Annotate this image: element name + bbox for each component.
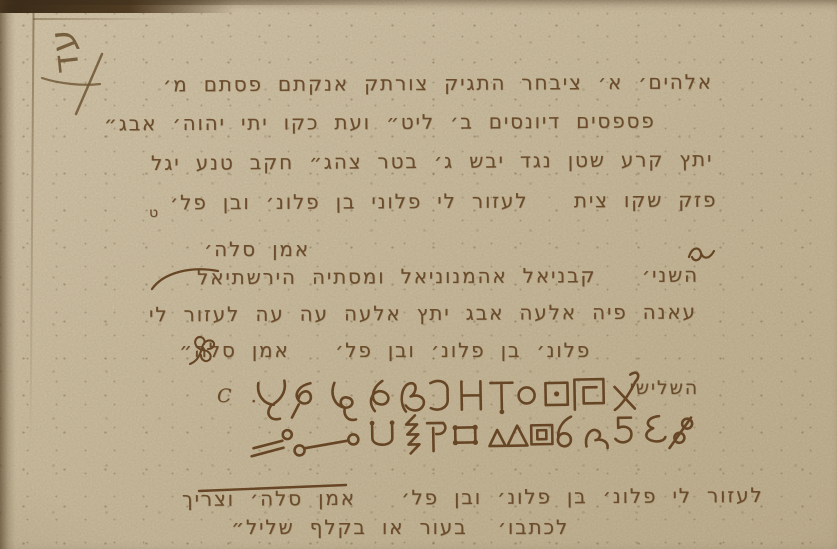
binding-edge-left bbox=[0, 0, 15, 549]
fold-crease-horizontal bbox=[33, 18, 158, 20]
charm1-line-4: פזק שקו צית לעזור לי פלוני בן פלונ׳ ובן … bbox=[170, 187, 717, 216]
charm1-margin-mark: ט bbox=[149, 200, 160, 226]
flower-doodle bbox=[186, 333, 220, 369]
filler-dash bbox=[196, 481, 351, 495]
charm2-line-1: השני׳ קבניאל אהמנוניאל ומסתיה הירשתיאל bbox=[197, 262, 699, 291]
binding-edge-top-shadow bbox=[0, 0, 560, 5]
charm2-line-3: פלונ׳ בן פלונ׳ ובן פל׳ אמן סלה״ bbox=[179, 337, 591, 363]
charm1-line-1: אלהים׳ א׳ ציבחר התגיק צורתק אנקתם פסתם מ… bbox=[163, 69, 713, 98]
line-end-flourish bbox=[148, 264, 220, 294]
fold-crease-vertical bbox=[29, 12, 34, 452]
sigil-row-2 bbox=[251, 411, 693, 457]
manuscript-page: עד אלהים׳ א׳ ציבחר התגיק צורתק אנקתם פסת… bbox=[0, 0, 837, 549]
magic-sigils bbox=[162, 363, 714, 473]
charm1-line-3: יתץ קרע שטן נגד יבש ג׳ בטר צהג״ חקב טנע … bbox=[151, 146, 713, 176]
charm1-amen-line: אמן סלה׳ bbox=[204, 236, 310, 262]
charm2-line-2: עאנה פיה אלעה אבג יתץ אלעה עה עה לעזור ל… bbox=[149, 299, 697, 328]
closing-line-2: לכתבו׳ בעור או בקלף שליל״ bbox=[231, 514, 569, 540]
margin-note: עד bbox=[42, 25, 88, 75]
sigil-row-1 bbox=[258, 373, 639, 422]
charm1-line-2: פספסים דיונסים ב׳ ליט״ ועת כקו יתי יהוה׳… bbox=[104, 108, 656, 137]
